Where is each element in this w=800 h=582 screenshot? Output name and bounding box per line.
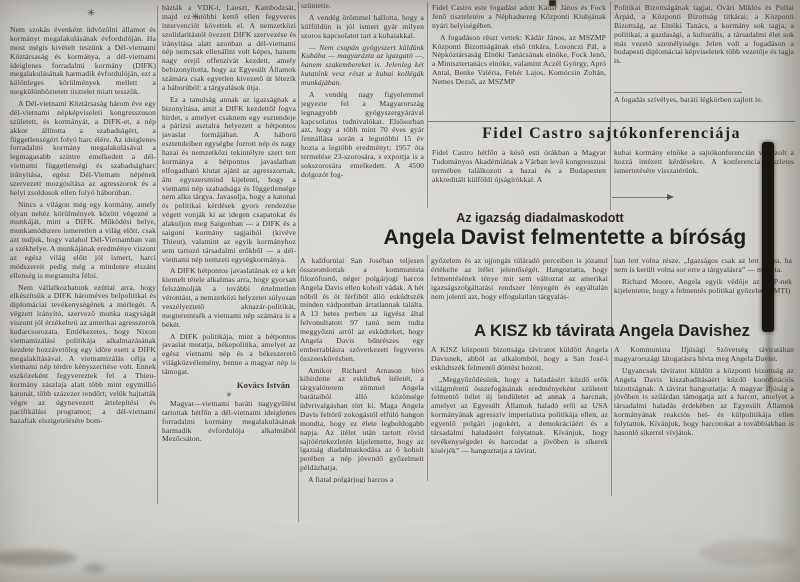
scan-smudge <box>84 564 104 572</box>
paragraph-divider-rule <box>614 92 742 93</box>
paragraph: Nem vállalkozhatunk ezúttal arra, hogy e… <box>10 284 156 426</box>
paragraph: Nem szokás évenként üdvözölni államot és… <box>10 26 156 97</box>
paragraph: Amikor Richard Arnason bíró kihirdette a… <box>300 367 424 474</box>
kisz-headline: A KISZ kb távirata Angela Davishez <box>430 322 794 341</box>
paragraph: A kaliforniai San Joséban teljesen össze… <box>300 257 424 364</box>
column-rule <box>611 348 612 496</box>
paragraph: A fogadáson részt vettek: Kádár János, a… <box>432 34 606 87</box>
paragraph: Fidel Castro este fogadást adott Kádár J… <box>432 4 606 31</box>
continuation-rule <box>612 197 668 198</box>
paragraph: „Meggyőződésünk, hogy a haladásért küzdő… <box>431 376 608 456</box>
column-rule <box>157 6 158 504</box>
paragraph: Politikai Bizottságának tagjai, Óvári Mi… <box>614 4 794 66</box>
kisz-left-column: A KISZ központi bizottsága táviratot kül… <box>431 346 608 498</box>
paragraph: A Dél-vietnami Köztársaság három éve egy… <box>10 100 156 198</box>
paragraph: Fidel Castro hétfőn a késő esti órákban … <box>432 149 606 185</box>
editorial-col2-paragraphs: bázták a VDK-t, Laoszt, Kambodzsát, majd… <box>162 4 296 377</box>
arrow-icon <box>667 194 674 200</box>
castro-reception-right-column: Politikai Bizottságának tagjai, Óvári Mi… <box>614 4 794 90</box>
paragraph: — Nem csupán gyógyszert küldünk Kubába —… <box>301 44 424 88</box>
scan-edge-shadow <box>766 330 772 392</box>
davis-kicker: Az igazság diadalmaskodott <box>370 211 710 225</box>
column-rule <box>298 2 299 522</box>
ornament-icon: ✳ <box>87 8 95 19</box>
paragraph: A DIFK hétpontos javaslatának ez a két k… <box>162 267 296 329</box>
paragraph: győzelem és az ujjongás túláradó perceib… <box>431 257 608 301</box>
meeting-note: Magyar—vietnami baráti nagygyűlést tarto… <box>162 400 296 444</box>
castro-press-left-column: Fidel Castro hétfőn a késő esti órákban … <box>432 149 606 211</box>
editorial-column-1: Nem szokás évenként üdvözölni államot és… <box>10 26 156 504</box>
davis-column-a: A kaliforniai San Joséban teljesen össze… <box>300 257 424 483</box>
castro-reception-left-column: Fidel Castro este fogadást adott Kádár J… <box>432 4 606 122</box>
scan-smudge <box>0 550 77 566</box>
paragraph: A fiatal polgárjogi harcos a <box>300 476 424 483</box>
paragraph: A KISZ központi bizottsága táviratot kül… <box>431 346 608 373</box>
castro-reception-closing: A fogadás szívélyes, baráti légkörben za… <box>614 96 794 122</box>
scan-smudge <box>700 540 795 566</box>
paragraph: Ez a tanulság annak az igazságnak a bizo… <box>162 96 296 265</box>
paragraph: bázták a VDK-t, Laoszt, Kambodzsát, majd… <box>162 4 296 93</box>
paragraph: szüntette. <box>301 2 424 11</box>
paragraph: Nincs a világon még egy kormány, amely o… <box>10 201 156 281</box>
paragraph: A vendég nagy figyelemmel jegyezte fel a… <box>301 91 424 180</box>
column-rule <box>427 2 428 208</box>
newspaper-page: ✳ ✳ Nem szokás évenként üdvözölni államo… <box>0 0 800 582</box>
paragraph: A DIFK politikája, mint a hétpontos java… <box>162 333 296 377</box>
paragraph: A vendég örömmel hallotta, hogy a külföl… <box>301 14 424 41</box>
castro-press-headline: Fidel Castro sajtókonferenciája <box>428 125 795 143</box>
section-divider-rule <box>428 121 795 122</box>
column-rule <box>610 2 611 210</box>
davis-headline: Angela Davist felmentette a bíróság <box>335 226 795 250</box>
scan-edge-bar <box>762 142 774 332</box>
paragraph: A fogadás szívélyes, baráti légkörben za… <box>614 96 794 105</box>
author-signature: Kovács István <box>162 380 290 390</box>
pharma-article-column: szüntette.A vendég örömmel hallotta, hog… <box>301 2 424 208</box>
column-rule <box>427 255 428 481</box>
editorial-column-2: bázták a VDK-t, Laoszt, Kambodzsát, majd… <box>162 4 296 520</box>
ornament-icon: ✳ <box>162 391 296 399</box>
davis-column-b: győzelem és az ujjongás túláradó perceib… <box>431 257 608 321</box>
column-rule <box>611 255 612 337</box>
